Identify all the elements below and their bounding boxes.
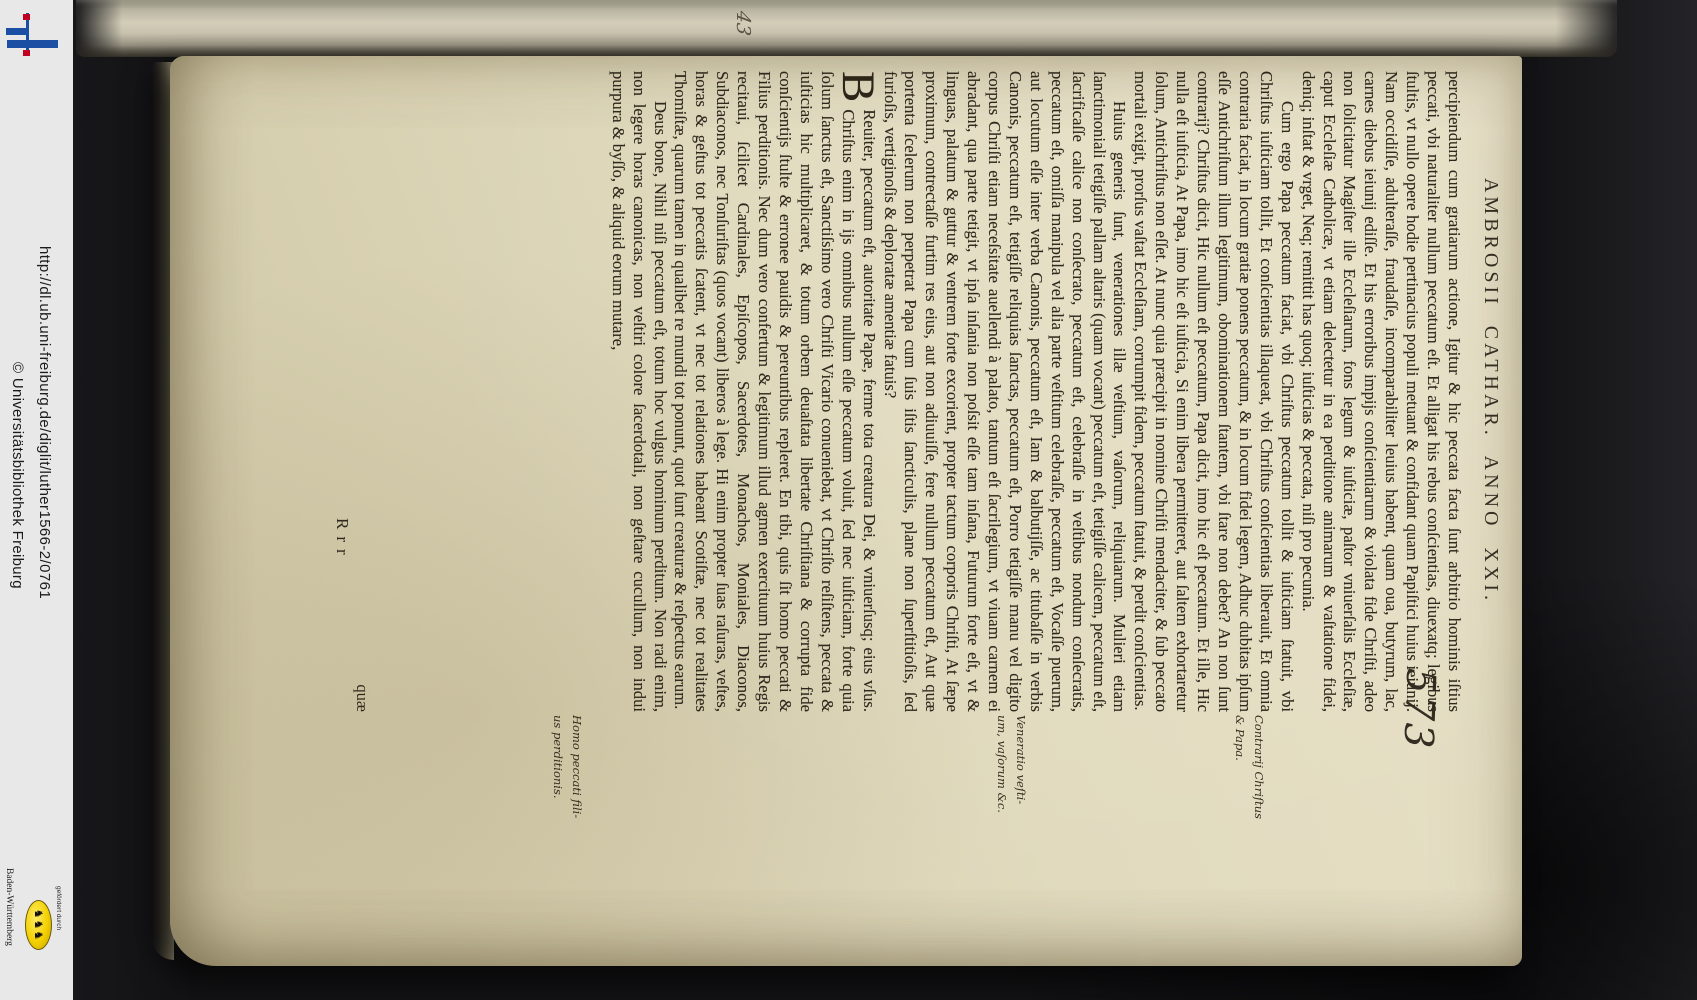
scan-background: 43 AMBROSII CATHAR. ANNO XXI. 573 percip… [73,0,1697,1000]
viewer-sidebar: http://dl.ub.uni-freiburg.de/diglit/luth… [0,0,73,1000]
body-text: percipiendum cum gratiarum actione, Igit… [607,71,1464,712]
margin-note: Contrarij Chriſtus & Papa. [1230,715,1268,833]
margin-note: Veneratio veſti- um, vaſorum &c. [992,715,1030,833]
drop-cap: B [839,71,879,109]
signature-mark: Rrr [332,518,352,562]
paragraph-with-dropcap: BReuiter, peccatum eſt, autoritate Papæ,… [670,71,879,712]
margin-note: Homo peccati fili- us perditionis. [548,715,586,833]
viewer-canvas: http://dl.ub.uni-freiburg.de/diglit/luth… [0,0,1697,1000]
funding-region-label: Baden-Württemberg [4,868,14,946]
catchword: quæ [352,71,372,712]
margin-note-line: um, vaſorum &c. [992,715,1011,833]
margin-note-line: Contrarij Chriſtus [1249,715,1268,833]
paragraph-continuation: percipiendum cum gratiarum actione, Igit… [1297,71,1464,712]
margin-note-line: & Papa. [1230,715,1249,833]
handwritten-mark: 43 [732,9,754,37]
margin-note-line: Veneratio veſti- [1011,715,1030,833]
book-page: AMBROSII CATHAR. ANNO XXI. 573 percipien… [170,56,1522,966]
paragraph: Cum ergo Papa peccatum faciat, vbi Chriſ… [1130,71,1297,712]
margin-note-line: us perditionis. [548,715,567,833]
book-page-scan: AMBROSII CATHAR. ANNO XXI. 573 percipien… [170,56,1522,966]
paragraph: Huius generis ſunt, venerationes illæ ve… [879,71,1130,712]
logo-bar [7,40,58,48]
copyright-label: © Universitätsbibliothek Freiburg [9,362,26,589]
paragraph-text: Reuiter, peccatum eſt, autoritate Papæ, … [671,71,878,712]
running-head: AMBROSII CATHAR. ANNO XXI. [1479,71,1502,711]
margin-note-line: Homo peccati fili- [567,715,586,833]
logo-bar [23,50,30,56]
adjacent-page-edge [76,0,1617,57]
ub-freiburg-logo-icon [0,0,73,70]
logo-bar [6,28,28,35]
heraldic-lions-icon: ♞♞♞ [31,904,45,946]
paragraph: Deus bone, Nihil niſi peccatum eſt, totu… [607,71,670,712]
source-url-label: http://dl.ub.uni-freiburg.de/diglit/luth… [36,246,53,599]
logo-bar [23,14,30,20]
baden-wuerttemberg-coat-of-arms-icon: ♞♞♞ [25,900,52,950]
funding-label: gefördert durch [55,886,62,930]
